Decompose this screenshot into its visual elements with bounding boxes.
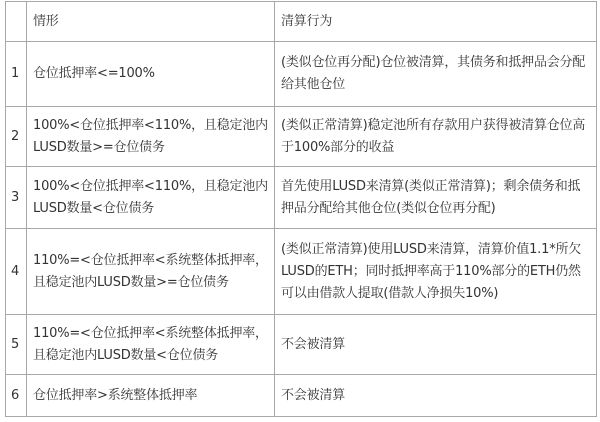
row-condition: 110%=<仓位抵押率<系统整体抵押率，且稳定池内LUSD数量>=仓位债务 xyxy=(27,229,275,315)
row-number: 4 xyxy=(6,229,27,315)
row-condition: 110%=<仓位抵押率<系统整体抵押率，且稳定池内LUSD数量<仓位债务 xyxy=(27,315,275,375)
row-behavior: 首先使用LUSD来清算(类似正常清算)；剩余债务和抵押品分配给其他仓位(类似仓位… xyxy=(275,167,597,229)
row-condition: 100%<仓位抵押率<110%，且稳定池内LUSD数量>=仓位债务 xyxy=(27,107,275,167)
row-number: 1 xyxy=(6,42,27,107)
table-header-row: 情形 清算行为 xyxy=(6,2,597,42)
row-behavior: 不会被清算 xyxy=(275,375,597,417)
table-row: 4 110%=<仓位抵押率<系统整体抵押率，且稳定池内LUSD数量>=仓位债务 … xyxy=(6,229,597,315)
row-number: 3 xyxy=(6,167,27,229)
row-behavior: (类似正常清算)使用LUSD来清算，清算价值1.1*所欠LUSD的ETH；同时抵… xyxy=(275,229,597,315)
row-behavior: (类似仓位再分配)仓位被清算，其债务和抵押品会分配给其他仓位 xyxy=(275,42,597,107)
table-row: 1 仓位抵押率<=100% (类似仓位再分配)仓位被清算，其债务和抵押品会分配给… xyxy=(6,42,597,107)
table-row: 3 100%<仓位抵押率<110%，且稳定池内LUSD数量<仓位债务 首先使用L… xyxy=(6,167,597,229)
table-row: 6 仓位抵押率>系统整体抵押率 不会被清算 xyxy=(6,375,597,417)
row-condition: 仓位抵押率>系统整体抵押率 xyxy=(27,375,275,417)
table-row: 5 110%=<仓位抵押率<系统整体抵押率，且稳定池内LUSD数量<仓位债务 不… xyxy=(6,315,597,375)
liquidation-table: 情形 清算行为 1 仓位抵押率<=100% (类似仓位再分配)仓位被清算，其债务… xyxy=(5,1,597,417)
row-behavior: (类似正常清算)稳定池所有存款用户获得被清算仓位高于100%部分的收益 xyxy=(275,107,597,167)
table-row: 2 100%<仓位抵押率<110%，且稳定池内LUSD数量>=仓位债务 (类似正… xyxy=(6,107,597,167)
row-behavior: 不会被清算 xyxy=(275,315,597,375)
row-number: 6 xyxy=(6,375,27,417)
header-behavior: 清算行为 xyxy=(275,2,597,42)
header-condition: 情形 xyxy=(27,2,275,42)
row-number: 2 xyxy=(6,107,27,167)
row-condition: 100%<仓位抵押率<110%，且稳定池内LUSD数量<仓位债务 xyxy=(27,167,275,229)
header-number xyxy=(6,2,27,42)
row-number: 5 xyxy=(6,315,27,375)
row-condition: 仓位抵押率<=100% xyxy=(27,42,275,107)
